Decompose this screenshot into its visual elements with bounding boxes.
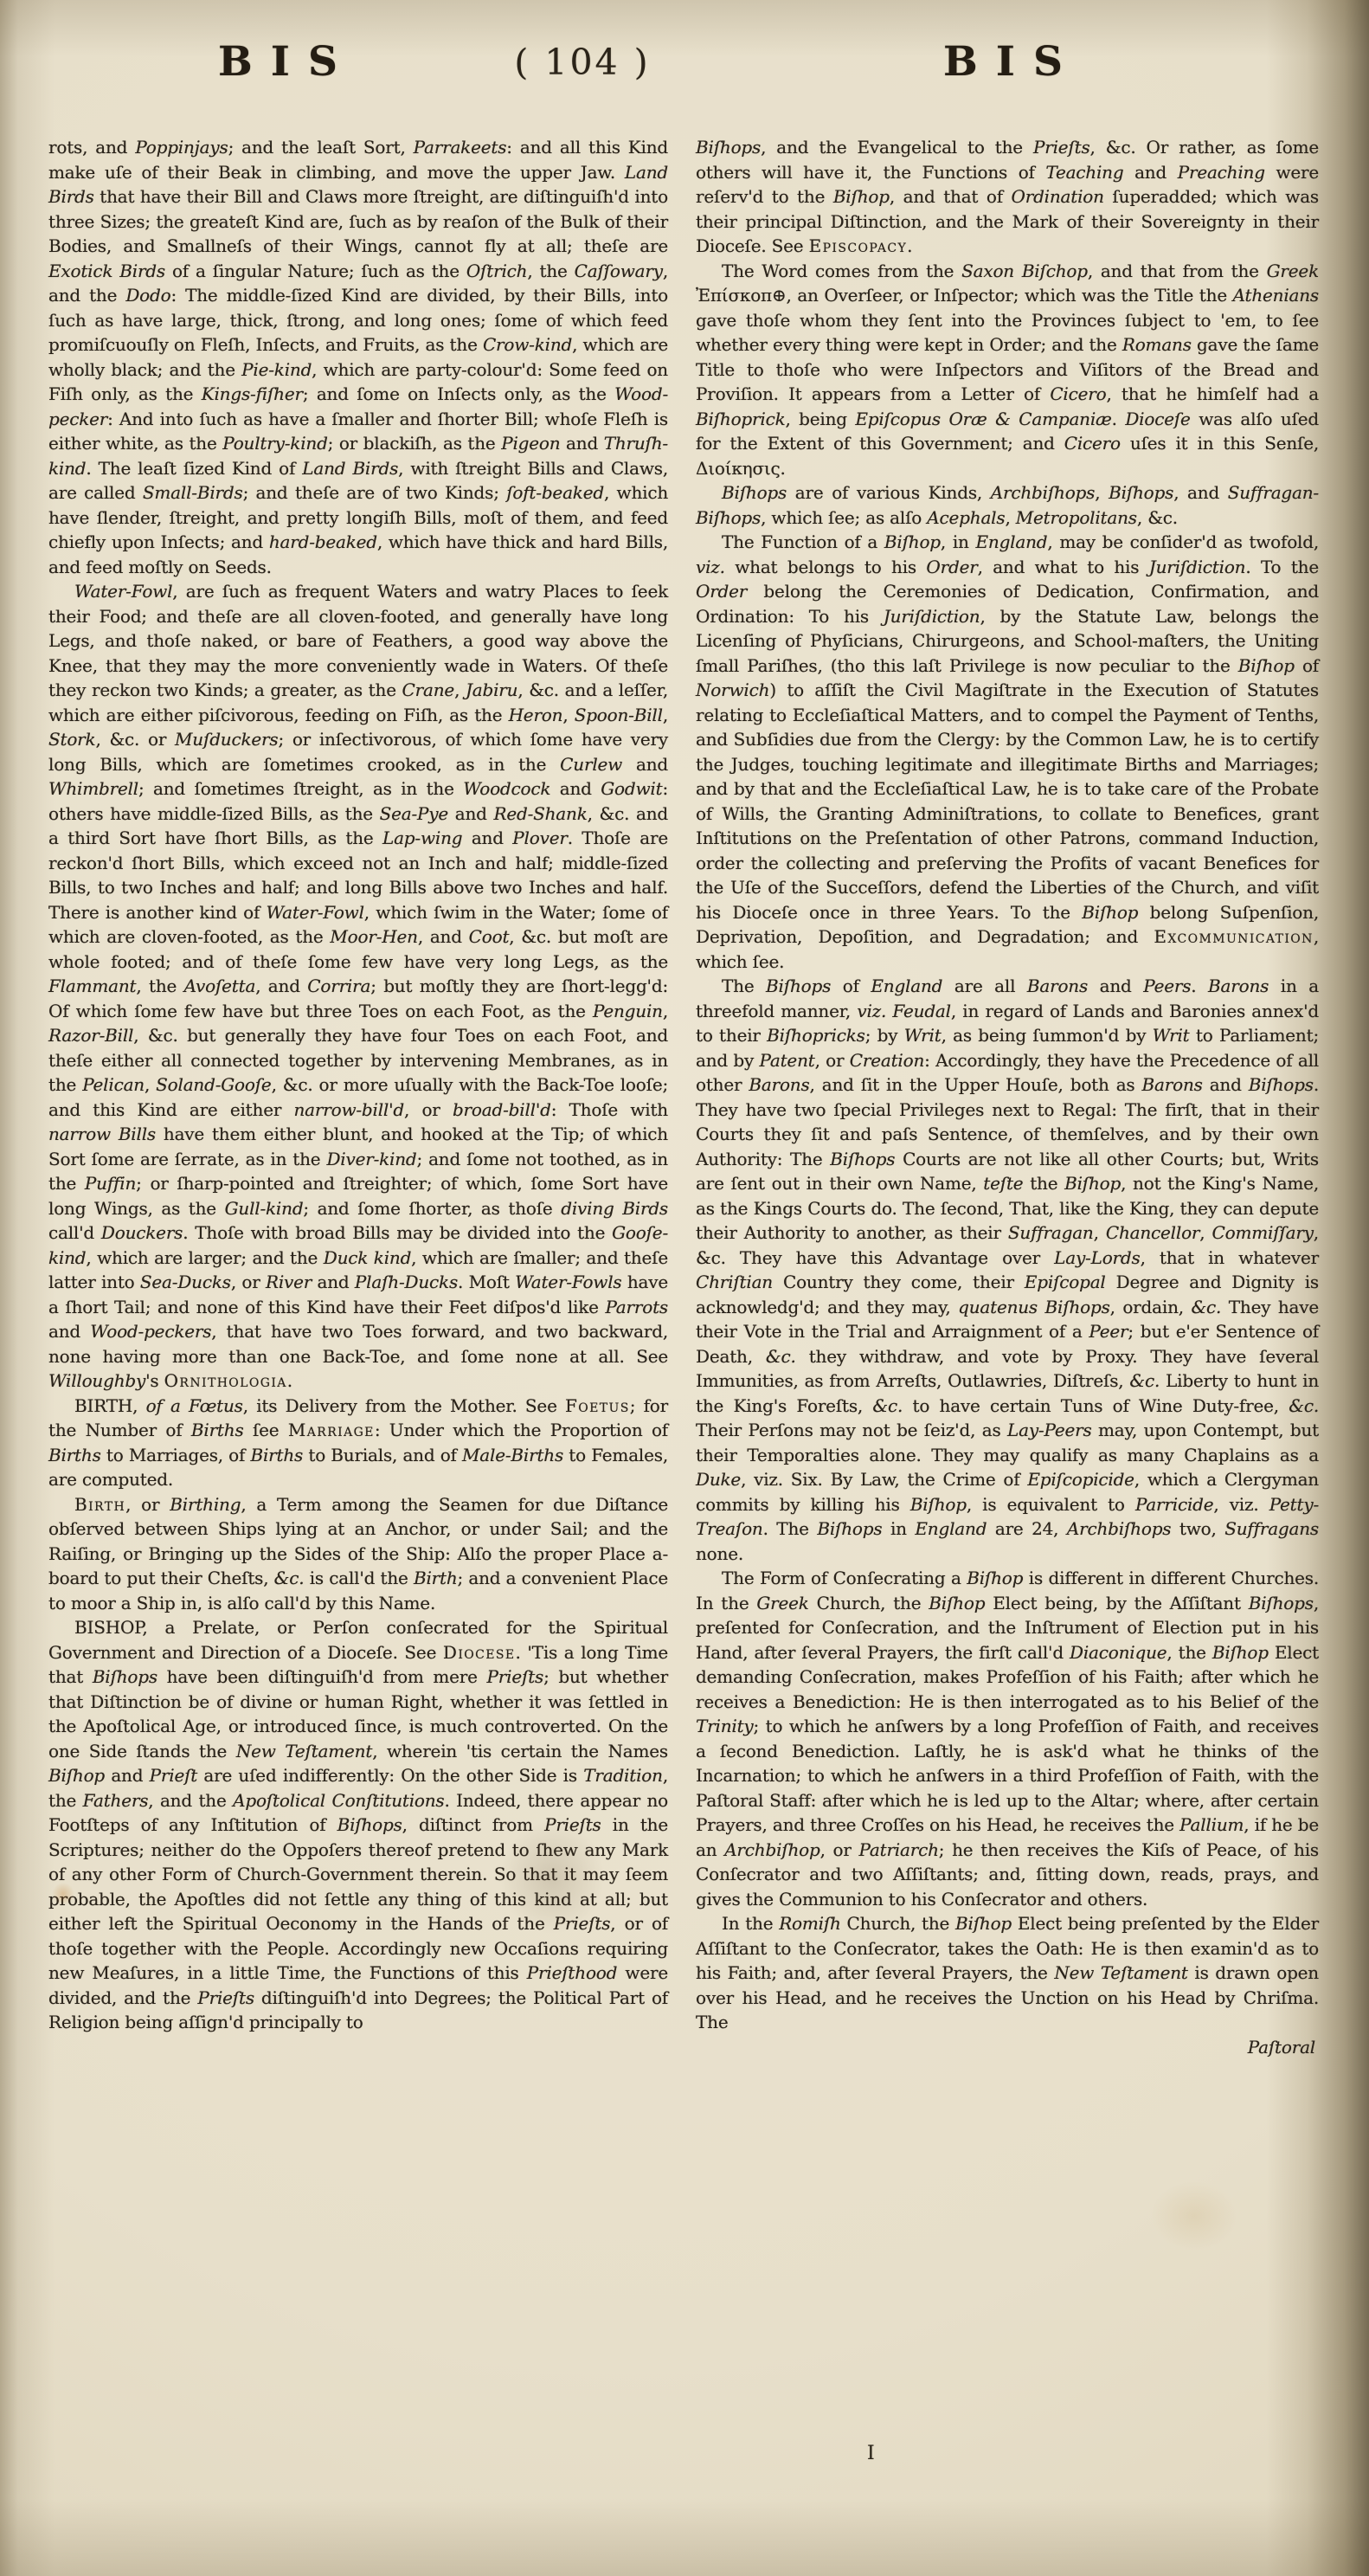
text-run: Chancellor [1106,1222,1199,1243]
text-run: : Under which the Proportion of [375,1420,668,1440]
text-run: Biſhop [967,1568,1023,1588]
text-run: Order [926,557,977,577]
text-run: Corrira [307,976,370,996]
text-run: , &c. [1137,507,1178,528]
text-run: , and [418,926,469,947]
text-run: Coot [469,926,510,947]
text-run: Soland-Gooſe [156,1074,271,1095]
text-run: , [663,1001,668,1021]
text-run: Crane [402,679,455,700]
text-run: Poultry-kind [222,433,327,454]
text-run: rots, and [48,137,135,158]
text-run: &c. [872,1395,903,1416]
text-run: Biſhop [1082,902,1138,923]
text-run: Biſhop [884,531,941,552]
text-run: ; and ſome ſhorter, as thoſe [303,1198,561,1219]
text-run: , the [136,976,183,996]
text-run: , in [941,531,976,552]
text-run: England [976,531,1048,552]
text-run: , [454,679,466,700]
text-run: Oſtrich [466,261,527,281]
text-run: Parrakeets [414,137,507,158]
text-run: Biſhoprick [696,409,786,429]
text-run: , the [1167,1642,1212,1663]
text-run: Prieſthood [527,1962,617,1983]
text-run: Pie-kind [241,359,312,380]
text-run: Kings-fiſher [202,383,303,404]
text-run: Whimbrell [48,778,138,799]
text-run: In the [722,1913,779,1934]
text-run: Saxon Biſchop [961,261,1088,281]
text-run: Poppinjays [135,137,228,158]
text-run: of [831,976,871,996]
text-run: Biſhops [830,1149,895,1169]
text-run: Stork [48,729,95,750]
text-run: Flammant [48,976,136,996]
text-run: , wherein 'tis certain the Names [372,1741,668,1761]
text-run: are 24, [987,1518,1067,1539]
text-run: Commiſſary [1212,1222,1314,1243]
text-run: Biſhop [1238,655,1295,676]
text-run: to Marriages, of [101,1445,251,1465]
text-run: Biſhops [1249,1074,1314,1095]
text-run: . [1191,976,1208,996]
text-run: , which are larger; and the [86,1247,323,1268]
text-run: Teaching [1045,162,1123,183]
text-run: Dodo [125,285,170,306]
paragraph: Biſhops are of various Kinds, Archbiſhop… [696,480,1319,530]
text-run: Excommunication [1154,926,1313,947]
text-run: , [1005,507,1015,528]
text-run: , and ſit in the Upper Houſe, both as [810,1074,1142,1095]
text-run: 's [145,1370,164,1391]
text-run: Biſhops [696,137,761,158]
text-run: Parrots [605,1297,668,1317]
text-run: Woodcock [463,778,550,799]
text-run: Barons [1208,976,1269,996]
text-run: Plover [512,828,567,848]
text-run: Church, the [841,1913,955,1934]
text-run: River [266,1272,312,1292]
text-run: Patent [760,1050,815,1071]
text-run: , and the [148,1790,233,1811]
text-run: and [105,1765,150,1786]
paragraph: Birth, or Birthing, a Term among the Sea… [48,1492,668,1616]
text-run: Juriſdiction [884,606,980,627]
text-run: Writ [904,1025,942,1046]
text-run: Epiſcopicide [1027,1469,1134,1490]
text-run: Gull-kind [225,1198,304,1219]
text-run: broad-bill'd [453,1099,551,1120]
page: BIS ( 104 ) BIS rots, and Poppinjays; an… [0,0,1369,2576]
text-run: Douckers [101,1222,183,1243]
text-run: Cicero [1064,433,1121,454]
text-run: of [1295,655,1319,676]
text-run: and [312,1272,355,1292]
text-run: narrow-bill'd [293,1099,404,1120]
text-run: what belongs to his [725,557,927,577]
text-run: none. [696,1543,743,1564]
text-run: , diſtinct from [402,1814,544,1835]
text-run: Archbiſhops [1067,1518,1171,1539]
text-run: is call'd the [304,1568,414,1588]
text-run: Trinity [696,1716,754,1736]
text-run: Duke [696,1469,741,1490]
text-run: New Teſtament [1054,1962,1187,1983]
text-run: Norwich [696,679,769,700]
text-run: Biſhop [1212,1642,1269,1663]
paragraph: BIRTH, of a Fœtus, its Delivery from the… [48,1394,668,1492]
text-run: are uſed indifferently: On the other Sid… [197,1765,583,1786]
text-run: ; and ſometimes ſtreight, as in the [138,778,463,799]
text-run: Patriarch [859,1839,939,1860]
text-run: , as being ſummon'd by [942,1025,1153,1046]
text-run: Writ [1153,1025,1190,1046]
text-run: . Thoſe with broad Bills may be divided … [183,1222,612,1243]
text-run: , [1199,1222,1212,1243]
text-run: ; and ſome on Inſects only, as the [303,383,614,404]
text-run: Water-Fowl [267,902,364,923]
text-run: Archbiſhop [724,1839,819,1860]
text-run: Exotick Birds [48,261,165,281]
text-run: Tradition [583,1765,663,1786]
text-run: in [882,1518,915,1539]
text-run: , and the Evangelical to the [761,137,1033,158]
text-run: and [560,433,603,454]
text-run: Biſhop [955,1913,1012,1934]
text-run: , [1095,482,1109,503]
text-run: Red-Shank [493,803,587,824]
text-run: Plaſh-Ducks [355,1272,458,1292]
paragraph: The Biſhops of England are all Barons an… [696,974,1319,1566]
text-run: Biſhop [833,186,890,207]
text-run: , ordain, [1110,1297,1192,1317]
text-run: Births [250,1445,303,1465]
text-run: hard-beaked [269,531,377,552]
text-run: Epiſcopal [1025,1272,1106,1292]
text-run: Biſhops [337,1814,402,1835]
text-run: and [448,803,493,824]
text-run: Foetus [565,1395,630,1416]
text-run: Order [696,581,747,602]
text-run: The [722,976,766,996]
paragraph: Water-Fowl, are ſuch as frequent Waters … [48,579,668,1394]
text-run: The Form of Conſecrating a [722,1568,967,1588]
text-run: Biſhop [1064,1173,1121,1194]
text-run: , is equivalent to [967,1494,1135,1515]
text-run: , or [125,1494,170,1515]
text-run: Biſhop [910,1494,967,1515]
text-run: , which ſee; as alſo [761,507,927,528]
text-run: Episcopacy [809,235,908,256]
text-run: Greek [1267,261,1319,281]
text-run: Wood-peckers [90,1321,211,1342]
text-run: Prieſts [487,1666,544,1687]
text-run: Muſduckers [175,729,278,750]
text-run: Lap-wing [382,828,462,848]
text-run: Land Birds [302,458,398,479]
text-run: Curlew [560,754,622,775]
text-run: Barons [1142,1074,1203,1095]
text-run: Acephals [927,507,1005,528]
text-run: of a ſingular Nature; ſuch as the [165,261,466,281]
text-run: Diaconique [1070,1642,1167,1663]
text-run: , its Delivery from the Mother. See [243,1395,565,1416]
text-run: Church, the [809,1593,929,1613]
text-run: Biſhop [929,1593,985,1613]
text-run: Godwit [601,778,662,799]
text-run: two, [1171,1518,1224,1539]
text-run: Barons [749,1074,809,1095]
text-run: Biſhopricks [767,1025,865,1046]
text-run: and [462,828,512,848]
text-run: Avoſetta [184,976,256,996]
text-run: Births [191,1420,244,1440]
text-run: to Burials, and of [303,1445,462,1465]
text-run: narrow Bills [48,1124,156,1144]
text-run: . To the [1245,557,1319,577]
text-run: to have certain Tuns of Wine Duty-free, [903,1395,1289,1416]
text-run: Ordination [1012,186,1104,207]
paragraph: In the Romiſh Church, the Biſhop Elect b… [696,1911,1319,2035]
page-header: BIS ( 104 ) BIS [0,38,1369,107]
header-right-title: BIS [943,38,1081,86]
text-run: Lay-Peers [1007,1420,1092,1440]
paragraph: BISHOP, a Prelate, or Perſon conſecrated… [48,1615,668,2035]
paragraph: Biſhops, and the Evangelical to the Prie… [696,135,1319,259]
text-run: and [48,1321,90,1342]
text-run: Male-Births [462,1445,563,1465]
text-run: New Teſtament [236,1741,372,1761]
text-run: &c. [1191,1297,1221,1317]
text-run: are of various Kinds, [787,482,991,503]
text-run: Prieſts [544,1814,601,1835]
text-run: . The leaſt ſized Kind of [86,458,302,479]
text-run: Puffin [85,1173,136,1194]
text-run: Romiſh [779,1913,841,1934]
text-run: Birth [74,1494,125,1515]
text-run: of a Fœtus [146,1395,243,1416]
text-run: Diocese [443,1642,516,1663]
text-run: Greek [756,1593,808,1613]
text-run: , and that of [890,186,1012,207]
text-run: , or [231,1272,266,1292]
text-run: Archbiſhops [991,482,1095,503]
text-run: Small-Birds [143,482,243,503]
text-run: , [145,1074,156,1095]
text-run: are all [942,976,1027,996]
text-run: England [871,976,942,996]
text-run: , or [815,1050,850,1071]
text-run: , [663,705,668,725]
text-run: Biſhops [817,1518,882,1539]
text-run: , that in whatever [1141,1247,1319,1268]
text-run: . [287,1370,292,1391]
text-run: . [907,235,912,256]
text-run: , being [786,409,856,429]
text-run: &c. [766,1346,796,1367]
text-run: diving Birds [561,1198,668,1219]
text-run: ; by [865,1025,904,1046]
text-run: Heron [509,705,563,725]
text-columns: rots, and Poppinjays; and the leaſt Sort… [48,135,1319,2059]
text-run: , [562,705,574,725]
text-run: Cicero [1050,383,1106,404]
text-run: Elect being, by the Aſſiſtant [985,1593,1248,1613]
text-run: Birth [414,1568,458,1588]
left-column: rots, and Poppinjays; and the leaſt Sort… [48,135,668,2059]
text-run: Fathers [83,1790,149,1811]
text-run: ſoft-beaked [506,482,604,503]
text-run: Prieſt [150,1765,198,1786]
text-run: . The [763,1518,818,1539]
right-column: Biſhops, and the Evangelical to the Prie… [696,135,1319,2059]
text-run: , may be conſider'd as twofold, [1047,531,1319,552]
header-page-number: ( 104 ) [492,42,673,83]
text-run: Pigeon [501,433,560,454]
text-run: Athenians [1233,285,1319,306]
text-run: England [915,1518,987,1539]
text-run: Ἐπίσκοπ⊕, an Overſeer, or Inſpector; whi… [696,285,1233,306]
text-run: quatenus Biſhops [958,1297,1110,1317]
text-run: ; and theſe are of two Kinds; [243,482,507,503]
catchword: Paſtoral [696,2035,1319,2060]
text-run: Peers [1143,976,1191,996]
paragraph: The Word comes from the Saxon Biſchop, a… [696,259,1319,481]
text-run: Suffragans [1224,1518,1319,1539]
text-run: Romans [1122,334,1192,355]
text-run: Sea-Pye [380,803,448,824]
text-run: , or [820,1839,859,1860]
page-stain [1151,2181,1237,2251]
text-run: Parricide [1135,1494,1213,1515]
text-run: Country they come, their [773,1272,1025,1292]
text-run: viz. Feudal [857,1001,951,1021]
text-run: &c. [1129,1370,1160,1391]
text-run: Biſhops [766,976,831,996]
text-run: Apoſtolical Conſtitutions [233,1790,444,1811]
text-run: Willoughby [48,1370,145,1391]
text-run: Their Perſons may not be ſeiz'd, as [696,1420,1007,1440]
text-run: and [622,754,668,775]
text-run: Peer [1089,1321,1128,1342]
text-run: . Moſt [458,1272,515,1292]
text-run: Biſhops [93,1666,157,1687]
text-run: Prieſts [1033,137,1090,158]
text-run: Epiſcopus Oræ & Campaniæ [855,409,1111,429]
text-run: &c. [274,1568,305,1588]
text-run: Ornithologia [164,1370,287,1391]
text-run: Water-Fowls [515,1272,621,1292]
text-run: , and [1173,482,1228,503]
text-run: Spoon-Bill [575,705,663,725]
text-run: Births [48,1445,101,1465]
text-run: Penguin [593,1001,663,1021]
text-run: , and [255,976,307,996]
text-run: that have their Bill and Claws more ſtre… [48,186,668,256]
text-run: , or [404,1099,453,1120]
text-run: Crow-kind [483,334,572,355]
text-run: ; and the leaſt Sort, [228,137,414,158]
text-run: Jabiru [466,679,517,700]
text-run: Sea-Ducks [140,1272,231,1292]
paragraph: The Function of a Biſhop, in England, ma… [696,530,1319,974]
text-run: viz. [696,557,725,577]
paragraph: The Form of Conſecrating a Biſhop is dif… [696,1566,1319,1911]
text-run: , the [527,261,574,281]
text-run: , and what to his [978,557,1149,577]
text-run: Pallium [1179,1814,1244,1835]
text-run: Caſſowary [575,261,663,281]
text-run: Moor-Hen [330,926,417,947]
text-run: Birthing [170,1494,241,1515]
signature-mark: I [867,2443,875,2464]
text-run: Barons [1027,976,1088,996]
text-run: Biſhop [48,1765,105,1786]
text-run: Suffragan [1008,1222,1094,1243]
text-run: , and that from the [1088,261,1267,281]
text-run: &c. [1289,1395,1319,1416]
text-run: , that he himſelf had a [1106,383,1319,404]
text-run: Diver-kind [326,1149,416,1169]
paragraph: rots, and Poppinjays; and the leaſt Sort… [48,135,668,579]
text-run: Juriſdiction [1149,557,1246,577]
text-run: Prieſts [197,1987,254,2008]
text-run: , [1094,1222,1106,1243]
header-left-title: BIS [218,38,356,86]
text-run: Lay-Lords [1054,1247,1140,1268]
text-run: , viz. [1213,1494,1269,1515]
text-run: The Word comes from the [722,261,961,281]
text-run: Dioceſe [1125,409,1190,429]
text-run: Metropolitans [1016,507,1137,528]
text-run: Preaching [1178,162,1265,183]
text-run: and [1088,976,1143,996]
text-run: Biſhops [1109,482,1173,503]
text-run: Creation [850,1050,924,1071]
text-run: Water-Fowl [74,581,172,602]
text-run: ) to aſſiſt the Civil Magiſtrate in the … [696,679,1319,923]
text-run: BIRTH, [74,1395,146,1416]
text-run: , viz. Six. By Law, the Crime of [741,1469,1027,1490]
text-run: teſte [983,1173,1023,1194]
text-run: and [1123,162,1177,183]
text-run: ſee [244,1420,288,1440]
text-run: Duck kind [324,1247,411,1268]
text-run: and [550,778,601,799]
text-run: call'd [48,1222,101,1243]
text-run: Marriage [288,1420,375,1440]
text-run: ; or blackiſh, as the [328,433,502,454]
text-run: . [1112,409,1126,429]
text-run: the [1023,1173,1064,1194]
text-run: Biſhops [722,482,787,503]
text-run: Pelican [82,1074,145,1095]
text-run: have been diſtinguiſh'd from mere [157,1666,487,1687]
text-run: The Function of a [722,531,884,552]
text-run: Chriſtian [696,1272,773,1292]
text-run: Prieſts [554,1913,611,1934]
text-run: Biſhops [1249,1593,1314,1613]
text-run: : Thoſe with [551,1099,668,1120]
text-run: and [1203,1074,1249,1095]
text-run: , &c. or [95,729,175,750]
text-run: Razor-Bill [48,1025,133,1046]
